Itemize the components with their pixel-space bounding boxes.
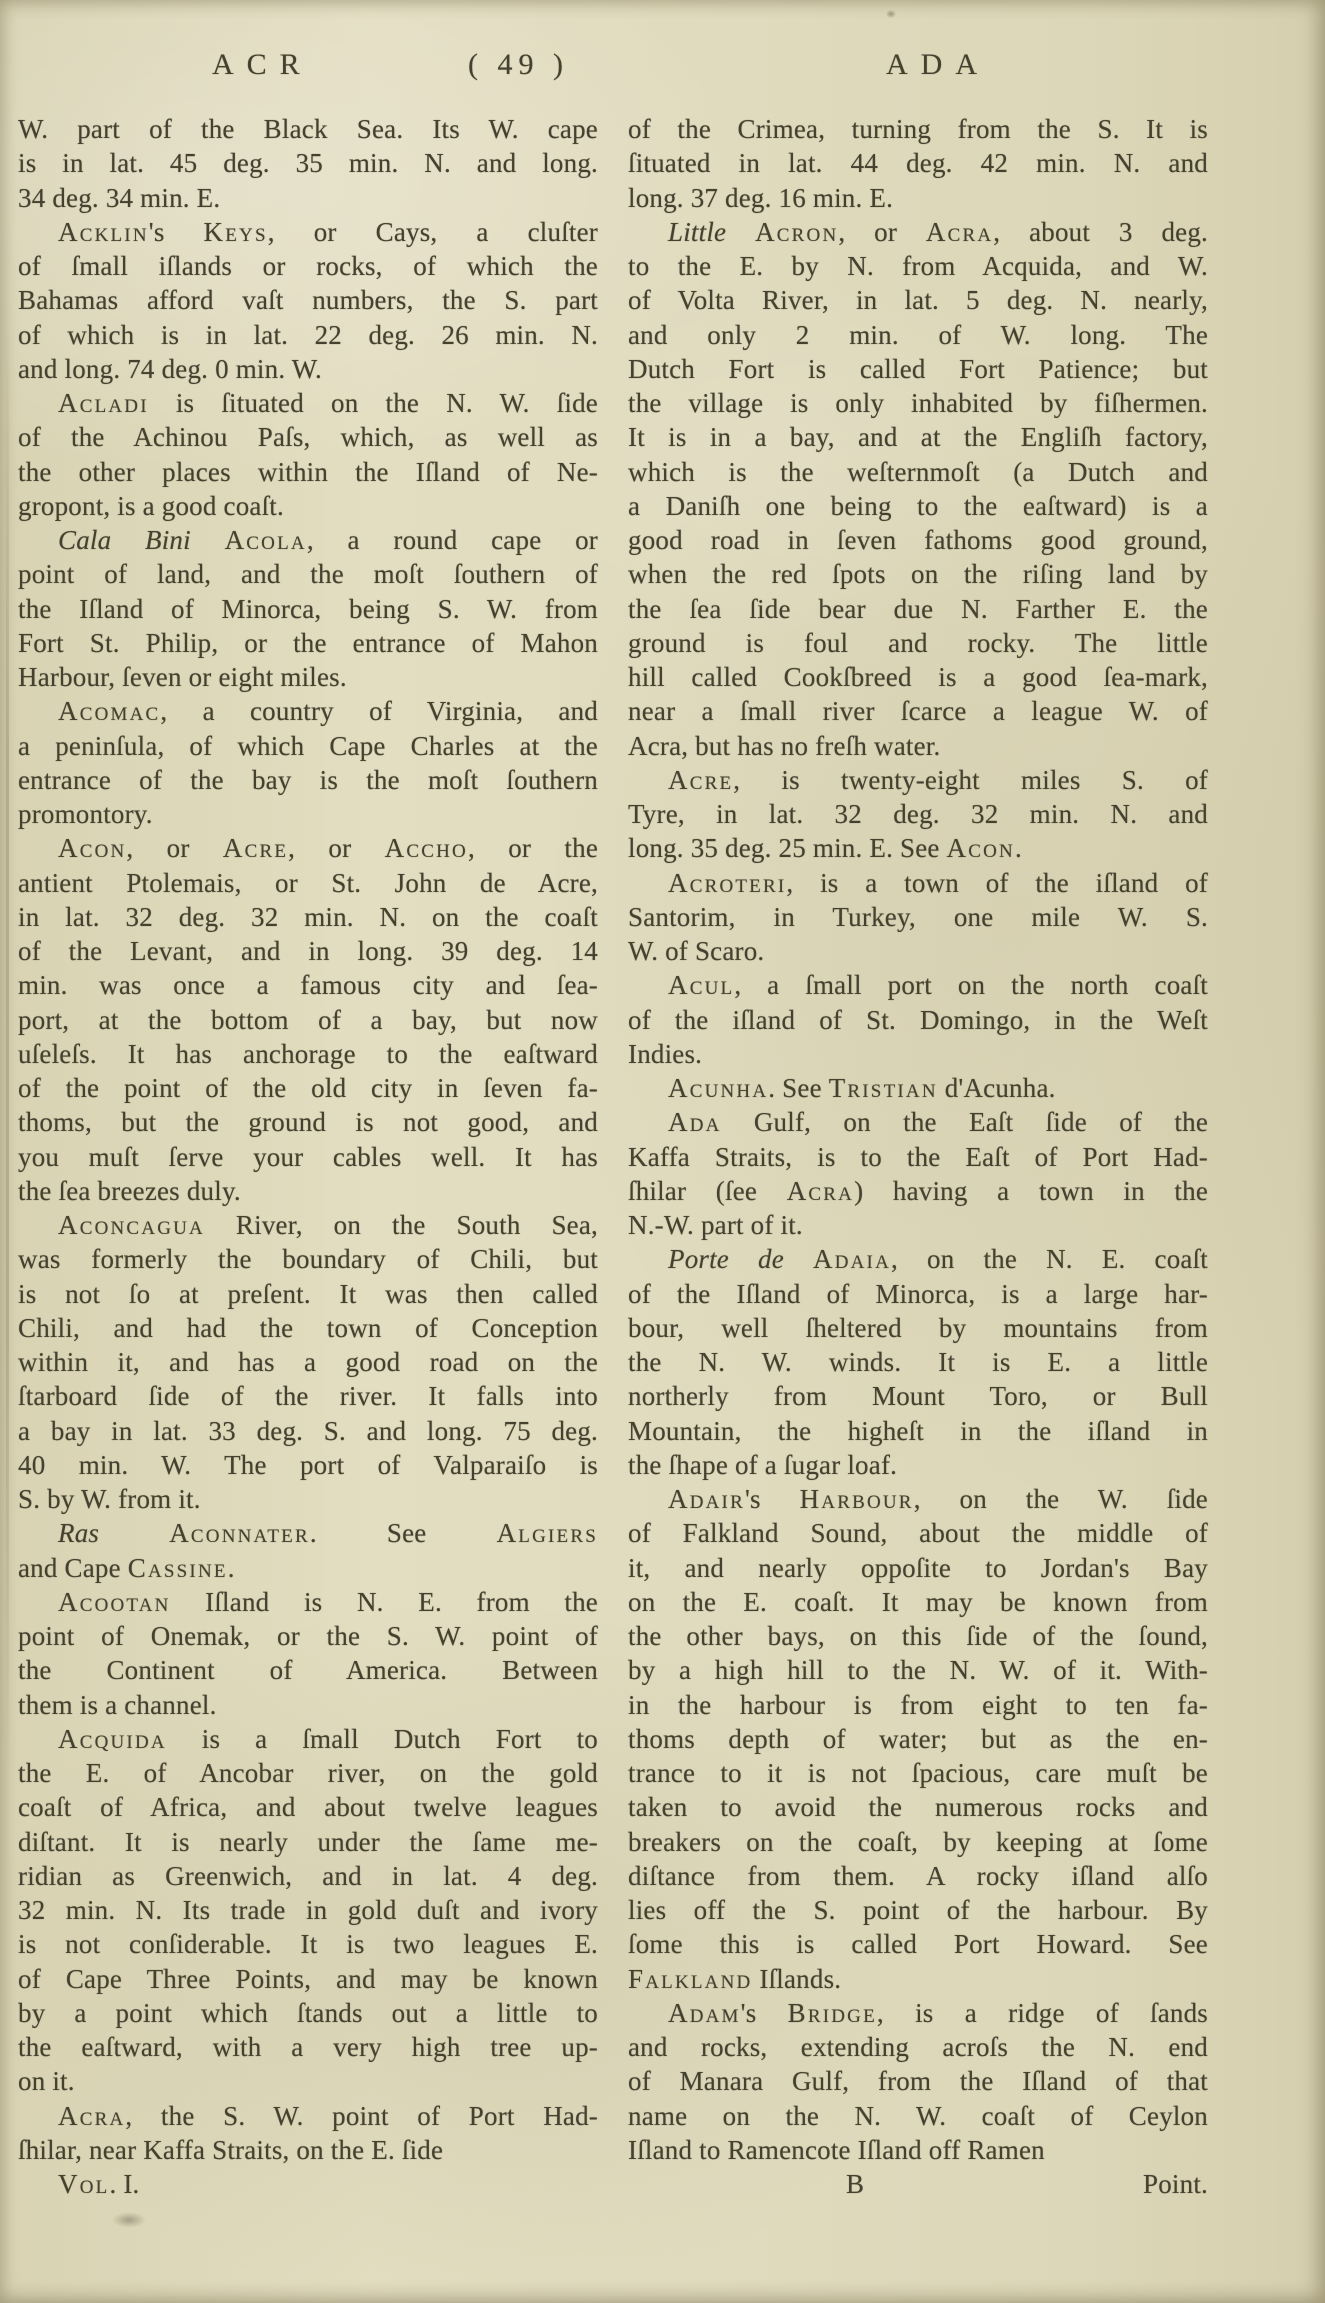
text-line: Indies. <box>628 1037 1208 1071</box>
text-line: by a point which ſtands out a little to <box>18 1996 598 2030</box>
text-line: on the E. coaſt. It may be known from <box>628 1585 1208 1619</box>
text-line: Acre, is twenty-eight miles S. of <box>628 763 1208 797</box>
text-line: Santorim, in Turkey, one mile W. S. <box>628 900 1208 934</box>
text-line: the other bays, on this ſide of the ſoun… <box>628 1619 1208 1653</box>
text-line: Acunha. See Tristian d'Acunha. <box>628 1071 1208 1105</box>
text-line: Acon, or Acre, or Accho, or the <box>18 831 598 865</box>
headword-small-caps: Acra <box>926 217 993 247</box>
headword-small-caps: Acon <box>947 833 1015 863</box>
text-line: Kaffa Straits, is to the Eaſt of Port Ha… <box>628 1140 1208 1174</box>
text-line: Ras Aconnater. See Algiers <box>18 1516 598 1550</box>
text-line: by a high hill to the N. W. of it. With- <box>628 1653 1208 1687</box>
catchword: Point. <box>1143 2167 1208 2201</box>
headword-small-caps: Cassine <box>128 1553 228 1583</box>
text-line: the E. of Ancobar river, on the gold <box>18 1756 598 1790</box>
text-line: within it, and has a good road on the <box>18 1345 598 1379</box>
headword-small-caps: Acra <box>58 2101 125 2131</box>
headword-small-caps: Acklin <box>58 217 149 247</box>
text-line: Acomac, a country of Virginia, and <box>18 694 598 728</box>
headword-small-caps: Acootan <box>58 1587 171 1617</box>
text-line: diſtance from them. A rocky iſland alſo <box>628 1859 1208 1893</box>
text-line: lies off the S. point of the harbour. By <box>628 1893 1208 1927</box>
headword-small-caps: Acra <box>787 1176 854 1206</box>
text-line: Cala Bini Acola, a round cape or <box>18 523 598 557</box>
text-line: a bay in lat. 33 deg. S. and long. 75 de… <box>18 1414 598 1448</box>
text-line: in lat. 32 deg. 32 min. N. on the coaſt <box>18 900 598 934</box>
text-line: N.-W. part of it. <box>628 1208 1208 1242</box>
text-line: near a ſmall river ſcarce a league W. of <box>628 694 1208 728</box>
headword-small-caps: Acre <box>668 765 733 795</box>
text-line: to the E. by N. from Acquida, and W. <box>628 249 1208 283</box>
text-line: Falkland Iſlands. <box>628 1962 1208 1996</box>
text-line: coaſt of Africa, and about twelve league… <box>18 1790 598 1824</box>
text-line: and Cape Cassine. <box>18 1551 598 1585</box>
text-line: ſhilar (ſee Acra) having a town in the <box>628 1174 1208 1208</box>
running-header: ACR ( 49 ) ADA <box>0 48 1325 90</box>
text-line: the ſea breezes duly. <box>18 1174 598 1208</box>
text-line: of which is in lat. 22 deg. 26 min. N. <box>18 318 598 352</box>
headword-small-caps: Acunha <box>668 1073 768 1103</box>
text-line: ſome this is called Port Howard. See <box>628 1927 1208 1961</box>
text-line: of Falkland Sound, about the middle of <box>628 1516 1208 1550</box>
text-line: the Continent of America. Between <box>18 1653 598 1687</box>
text-line: It is in a bay, and at the Engliſh facto… <box>628 420 1208 454</box>
text-line: is in lat. 45 deg. 35 min. N. and long. <box>18 146 598 180</box>
text-line: thoms, but the ground is not good, and <box>18 1105 598 1139</box>
headword-small-caps: Acomac <box>58 696 160 726</box>
text-line: northerly from Mount Toro, or Bull <box>628 1379 1208 1413</box>
text-line: the ſea ſide bear due N. Farther E. the <box>628 592 1208 626</box>
ink-smudge <box>886 10 896 18</box>
headword-small-caps: Adaia <box>813 1244 891 1274</box>
text-line: Acul, a ſmall port on the north coaſt <box>628 968 1208 1002</box>
text-line: Adair's Harbour, on the W. ſide <box>628 1482 1208 1516</box>
text-line: gropont, is a good coaſt. <box>18 489 598 523</box>
headword-small-caps: Vol <box>58 2169 109 2199</box>
text-line: Bahamas afford vaſt numbers, the S. part <box>18 283 598 317</box>
text-line: promontory. <box>18 797 598 831</box>
text-line: bour, well ſheltered by mountains from <box>628 1311 1208 1345</box>
text-line: Porte de Adaia, on the N. E. coaſt <box>628 1242 1208 1276</box>
headword-small-caps: Acul <box>668 970 734 1000</box>
text-line: a peninſula, of which Cape Charles at th… <box>18 729 598 763</box>
text-line: the eaſtward, with a very high tree up- <box>18 2030 598 2064</box>
left-text-column: W. part of the Black Sea. Its W. capeis … <box>18 112 598 2201</box>
text-line: 32 min. N. Its trade in gold duſt and iv… <box>18 1893 598 1927</box>
text-line: of the iſland of St. Domingo, in the Weſ… <box>628 1003 1208 1037</box>
text-line: S. by W. from it. <box>18 1482 598 1516</box>
text-line: 34 deg. 34 min. E. <box>18 181 598 215</box>
text-line: Tyre, in lat. 32 deg. 32 min. N. and <box>628 797 1208 831</box>
headword-small-caps: Acroteri <box>668 868 786 898</box>
text-line: hill called Cookſbreed is a good ſea-mar… <box>628 660 1208 694</box>
headword-small-caps: Accho <box>385 833 468 863</box>
text-line: taken to avoid the numerous rocks and <box>628 1790 1208 1824</box>
text-line: Fort St. Philip, or the entrance of Maho… <box>18 626 598 660</box>
headword-small-caps: Ada <box>668 1107 722 1137</box>
text-line: min. was once a famous city and ſea- <box>18 968 598 1002</box>
text-line: of the Iſland of Minorca, is a large har… <box>628 1277 1208 1311</box>
right-text-column: of the Crimea, turning from the S. It is… <box>628 112 1208 2201</box>
text-line: Harbour, ſeven or eight miles. <box>18 660 598 694</box>
text-line: them is a channel. <box>18 1688 598 1722</box>
text-line: of Manara Gulf, from the Iſland of that <box>628 2064 1208 2098</box>
text-line: Mountain, the higheſt in the iſland in <box>628 1414 1208 1448</box>
italic-lead-in: Little <box>668 217 726 247</box>
headword-small-caps: Tristian <box>829 1073 938 1103</box>
text-line: was formerly the boundary of Chili, but <box>18 1242 598 1276</box>
headword-small-caps: Acron <box>755 217 838 247</box>
text-line: point of land, and the moſt ſouthern of <box>18 557 598 591</box>
headword-small-caps: Aconcagua <box>58 1210 205 1240</box>
ink-smudge <box>112 2212 146 2228</box>
text-line: is not conſiderable. It is two leagues E… <box>18 1927 598 1961</box>
text-line: is not ſo at preſent. It was then called <box>18 1277 598 1311</box>
text-line: W. of Scaro. <box>628 934 1208 968</box>
text-line: of Volta River, in lat. 5 deg. N. nearly… <box>628 283 1208 317</box>
text-line: a Daniſh one being to the eaſtward) is a <box>628 489 1208 523</box>
scanned-book-page: ACR ( 49 ) ADA W. part of the Black Sea.… <box>0 0 1325 2303</box>
text-line: antient Ptolemais, or St. John de Acre, <box>18 866 598 900</box>
text-line: ſtarboard ſide of the river. It falls in… <box>18 1379 598 1413</box>
text-line: name on the N. W. coaſt of Ceylon <box>628 2099 1208 2133</box>
headword-small-caps: Algiers <box>497 1518 598 1548</box>
text-line: the village is only inhabited by fiſherm… <box>628 386 1208 420</box>
headword-small-caps: Acre <box>223 833 288 863</box>
text-line: Acra, the S. W. point of Port Had- <box>18 2099 598 2133</box>
page-number: ( 49 ) <box>468 48 569 82</box>
text-line: 40 min. W. The port of Valparaiſo is <box>18 1448 598 1482</box>
text-line: when the red ſpots on the riſing land by <box>628 557 1208 591</box>
headword-small-caps: Harbour <box>800 1484 914 1514</box>
text-line: Acootan Iſland is N. E. from the <box>18 1585 598 1619</box>
text-line: which is the weſternmoſt (a Dutch and <box>628 455 1208 489</box>
text-line: of Cape Three Points, and may be known <box>18 1962 598 1996</box>
italic-lead-in: Porte de <box>668 1244 784 1274</box>
text-line: Acladi is ſituated on the N. W. ſide <box>18 386 598 420</box>
text-line: diſtant. It is nearly under the ſame me- <box>18 1825 598 1859</box>
header-right-word: ADA <box>886 48 990 82</box>
headword-small-caps: Keys <box>204 217 268 247</box>
text-line: ground is foul and rocky. The little <box>628 626 1208 660</box>
text-line: in the harbour is from eight to ten fa- <box>628 1688 1208 1722</box>
text-line: breakers on the coaſt, by keeping at ſom… <box>628 1825 1208 1859</box>
text-line: the Iſland of Minorca, being S. W. from <box>18 592 598 626</box>
text-line: and long. 74 deg. 0 min. W. <box>18 352 598 386</box>
text-line: long. 35 deg. 25 min. E. See Acon. <box>628 831 1208 865</box>
italic-lead-in: Cala Bini <box>58 525 191 555</box>
column-footer-line: BPoint. <box>628 2167 1208 2201</box>
text-line: Iſland to Ramencote Iſland off Ramen <box>628 2133 1208 2167</box>
header-left-word: ACR <box>212 48 313 82</box>
page-gutter-crease <box>6 320 9 1770</box>
headword-small-caps: Acola <box>225 525 307 555</box>
text-line: ſhilar, near Kaffa Straits, on the E. ſi… <box>18 2133 598 2167</box>
text-line: entrance of the bay is the moſt ſouthern <box>18 763 598 797</box>
text-line: port, at the bottom of a bay, but now <box>18 1003 598 1037</box>
text-line: thoms depth of water; but as the en- <box>628 1722 1208 1756</box>
headword-small-caps: Falkland <box>628 1964 752 1994</box>
text-line: trance to it is not ſpacious, care muſt … <box>628 1756 1208 1790</box>
headword-small-caps: Acquida <box>58 1724 167 1754</box>
text-line: point of Onemak, or the S. W. point of <box>18 1619 598 1653</box>
text-line: Chili, and had the town of Conception <box>18 1311 598 1345</box>
text-line: Vol. I. <box>18 2167 598 2201</box>
text-line: ridian as Greenwich, and in lat. 4 deg. <box>18 1859 598 1893</box>
press-figure: B <box>846 2167 864 2201</box>
text-line: uſeleſs. It has anchorage to the eaſtwar… <box>18 1037 598 1071</box>
headword-small-caps: Acladi <box>58 388 149 418</box>
text-line: Acquida is a ſmall Dutch Fort to <box>18 1722 598 1756</box>
text-line: long. 37 deg. 16 min. E. <box>628 181 1208 215</box>
text-line: of the Achinou Paſs, which, as well as <box>18 420 598 454</box>
text-line: ſituated in lat. 44 deg. 42 min. N. and <box>628 146 1208 180</box>
text-line: on it. <box>18 2064 598 2098</box>
text-line: Acra, but has no freſh water. <box>628 729 1208 763</box>
headword-small-caps: Bridge <box>788 1998 877 2028</box>
text-line: of the Levant, and in long. 39 deg. 14 <box>18 934 598 968</box>
text-line: Little Acron, or Acra, about 3 deg. <box>628 215 1208 249</box>
text-line: the N. W. winds. It is E. a little <box>628 1345 1208 1379</box>
text-line: the ſhape of a ſugar loaf. <box>628 1448 1208 1482</box>
text-line: it, and nearly oppoſite to Jordan's Bay <box>628 1551 1208 1585</box>
text-line: Aconcagua River, on the South Sea, <box>18 1208 598 1242</box>
text-line: and rocks, extending acroſs the N. end <box>628 2030 1208 2064</box>
text-line: of the Crimea, turning from the S. It is <box>628 112 1208 146</box>
text-line: Acklin's Keys, or Cays, a cluſter <box>18 215 598 249</box>
italic-lead-in: Ras <box>58 1518 99 1548</box>
headword-small-caps: Adam <box>668 1998 741 2028</box>
headword-small-caps: Aconnater <box>169 1518 310 1548</box>
headword-small-caps: Acon <box>58 833 126 863</box>
text-line: of ſmall iſlands or rocks, of which the <box>18 249 598 283</box>
text-line: you muſt ſerve your cables well. It has <box>18 1140 598 1174</box>
text-line: W. part of the Black Sea. Its W. cape <box>18 112 598 146</box>
headword-small-caps: Adair <box>668 1484 745 1514</box>
text-line: good road in ſeven fathoms good ground, <box>628 523 1208 557</box>
text-line: of the point of the old city in ſeven fa… <box>18 1071 598 1105</box>
text-line: Ada Gulf, on the Eaſt ſide of the <box>628 1105 1208 1139</box>
text-line: the other places within the Iſland of Ne… <box>18 455 598 489</box>
text-line: Acroteri, is a town of the iſland of <box>628 866 1208 900</box>
text-line: and only 2 min. of W. long. The <box>628 318 1208 352</box>
text-line: Adam's Bridge, is a ridge of ſands <box>628 1996 1208 2030</box>
text-line: Dutch Fort is called Fort Patience; but <box>628 352 1208 386</box>
